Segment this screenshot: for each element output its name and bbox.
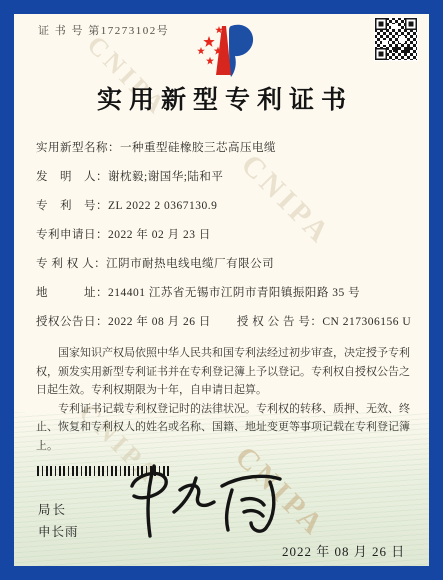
field-utility-model-name: 实用新型名称：一种重型硅橡胶三芯高压电缆 [36, 139, 418, 155]
field-label: 地 址： [36, 287, 108, 299]
field-label: 授权公告日： [36, 316, 108, 328]
certificate-title: 实用新型专利证书 [14, 80, 429, 116]
field-inventors: 发 明 人：谢枕毅;谢国华;陆和平 [36, 168, 418, 184]
field-application-date: 专利申请日：2022 年 02 月 23 日 [36, 226, 418, 242]
notice-paragraph: 国家知识产权局依照中华人民共和国专利法经过初步审查，决定授予专利权，颁发实用新型… [36, 344, 410, 400]
field-address: 地 址：214401 江苏省无锡市江阴市青阳镇振阳路 35 号 [36, 284, 418, 300]
field-label: 专利申请日： [36, 229, 108, 241]
field-value: 一种重型硅橡胶三芯高压电缆 [120, 142, 276, 154]
field-label: 发 明 人： [36, 171, 108, 183]
qr-code [374, 17, 418, 66]
field-value: 214401 江苏省无锡市江阴市青阳镇振阳路 35 号 [108, 287, 360, 299]
field-value: 谢枕毅;谢国华;陆和平 [108, 171, 223, 183]
signer-title-label: 局长 [38, 500, 67, 518]
field-label: 实用新型名称： [36, 142, 120, 154]
notice-paragraph: 专利证书记载专利权登记时的法律状况。专利权的转移、质押、无效、终止、恢复和专利权… [36, 400, 410, 456]
field-value: 2022 年 02 月 23 日 [108, 229, 211, 241]
certificate-paper: CNIPA CNIPA CNIPA CNIPA 证 书 号 第17273102号 [14, 14, 429, 566]
field-patentee: 专 利 权 人：江阴市耐热电线电缆厂有限公司 [36, 255, 418, 271]
field-value: 2022 年 08 月 26 日 [108, 316, 211, 328]
field-label: 专 利 权 人： [36, 258, 106, 270]
field-grant-announcement: 授权公告日：2022 年 08 月 26 日授 权 公 告 号：CN 21730… [36, 313, 418, 329]
issue-date: 2022 年 08 月 26 日 [282, 541, 405, 560]
field-value: CN 217306156 U [322, 316, 411, 328]
legal-notice: 国家知识产权局依照中华人民共和国专利法经过初步审查，决定授予专利权，颁发实用新型… [36, 344, 410, 455]
field-value: ZL 2022 2 0367130.9 [108, 200, 217, 212]
cnipa-logo-icon [190, 18, 258, 85]
signer-name-label: 申长雨 [38, 522, 79, 540]
field-patent-number: 专 利 号：ZL 2022 2 0367130.9 [36, 197, 418, 213]
field-label: 授 权 公 告 号： [237, 316, 323, 328]
field-label: 专 利 号： [36, 200, 108, 212]
certificate-number: 证 书 号 第17273102号 [38, 22, 169, 38]
field-value: 江阴市耐热电线电缆厂有限公司 [106, 258, 274, 270]
patent-certificate-page: CNIPA CNIPA CNIPA CNIPA 证 书 号 第17273102号 [0, 0, 443, 580]
commissioner-signature [110, 452, 300, 557]
